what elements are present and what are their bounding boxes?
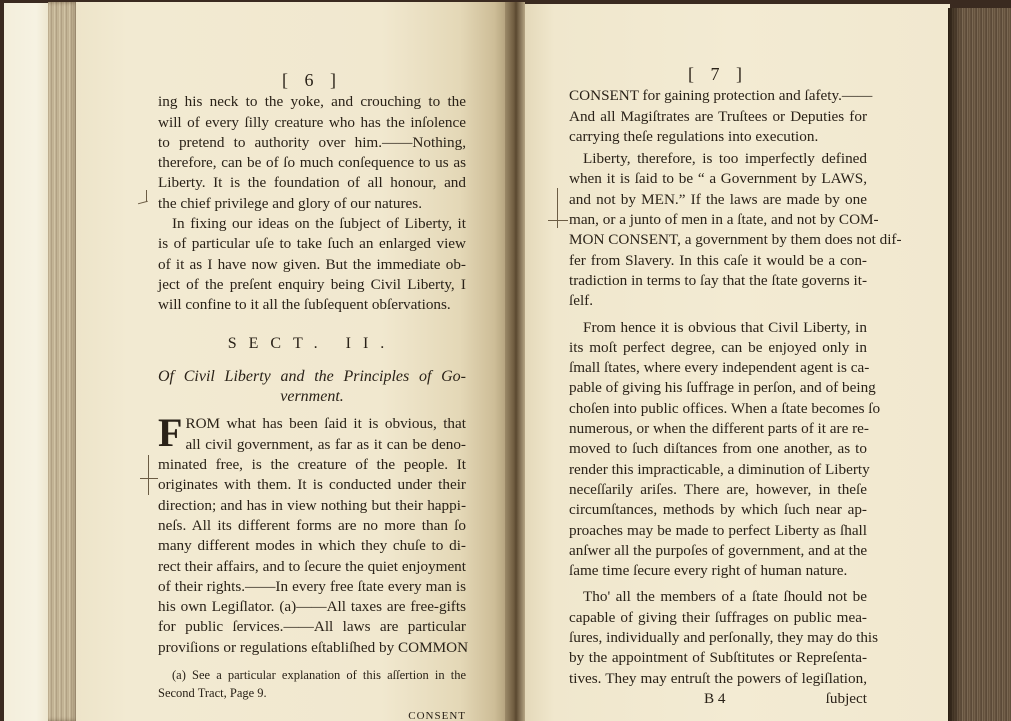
text-line: From hence it is obvious that Civil Libe…: [569, 318, 867, 338]
text-line: of their rights.——In every free ſtate ev…: [158, 577, 466, 597]
text-line: And all Magiſtrates are Truſtees or Depu…: [569, 107, 867, 127]
text-line: many different modes in which they chuſe…: [158, 536, 466, 556]
drop-cap: F: [158, 416, 182, 450]
text-line: Second Tract, Page 9.: [158, 684, 466, 702]
left-page-text: [ 6 ] ing his neck to the yoke, and crou…: [158, 70, 466, 721]
section-title: Of Civil Liberty and the Principles of G…: [158, 366, 466, 407]
text-line: his own Legiſlator. (a)——All taxes are f…: [158, 597, 466, 617]
text-line: Liberty. It is the foundation of all hon…: [158, 173, 466, 193]
paragraph: ing his neck to the yoke, and crouching …: [158, 92, 466, 214]
footnote: (a) See a particular explanation of this…: [158, 666, 466, 702]
right-page-text: [ 7 ] CONSENT for gaining protection and…: [569, 64, 867, 709]
text-line: circumſtances, methods by which ſuch nea…: [569, 500, 867, 520]
text-line: to pretend to authority over him.——Nothi…: [158, 133, 466, 153]
text-line: neceſſarily ariſes. There are, however, …: [569, 480, 867, 500]
text-line: pable of giving his ſuffrage in perſon, …: [569, 378, 867, 398]
text-line: direction; and has in view nothing but t…: [158, 496, 466, 516]
text-line: the chief privilege and glory of our nat…: [158, 194, 466, 214]
paragraph: F ROM what has been ſaid it is obvious, …: [158, 414, 466, 658]
text-line: neſs. All its different forms are no mor…: [158, 516, 466, 536]
text-line: rect their affairs, and to ſecure the qu…: [158, 557, 466, 577]
text-line: therefore, can be of ſo much conſequence…: [158, 153, 466, 173]
pencil-cross-icon: [148, 455, 150, 495]
pencil-cross-icon: [557, 188, 559, 228]
signature-mark: B 4: [704, 689, 726, 709]
left-page-edges: [48, 2, 78, 721]
pencil-cross-icon: [140, 478, 158, 480]
text-line: carrying theſe regulations into executio…: [569, 127, 867, 147]
text-line: ſame time ſecure every right of human na…: [569, 561, 867, 581]
text-line: proviſions or regulations eſtabliſhed by…: [158, 638, 466, 658]
text-line: originates with them. It is conducted un…: [158, 475, 466, 495]
page-number: [ 7 ]: [569, 64, 867, 84]
text-line: numerous, or when the different parts of…: [569, 419, 867, 439]
paragraph: From hence it is obvious that Civil Libe…: [569, 318, 867, 582]
book-gutter: [505, 2, 525, 721]
text-line: and not by MEN.” If the laws are made by…: [569, 190, 867, 210]
text-line: Tho' all the members of a ſtate ſhould n…: [569, 587, 867, 607]
text-line: its moſt perfect degree, can be enjoyed …: [569, 338, 867, 358]
text-line: by the appointment of Subſtitutes or Rep…: [569, 648, 867, 668]
text-line: ject of the preſent enquiry being Civil …: [158, 275, 466, 295]
text-line: anſwer all the purpoſes of government, a…: [569, 541, 867, 561]
catchword: ſubject: [826, 689, 867, 709]
text-line: Liberty, therefore, is too imperfectly d…: [569, 149, 867, 169]
text-line: ing his neck to the yoke, and crouching …: [158, 92, 466, 112]
text-line: Of Civil Liberty and the Principles of G…: [158, 366, 466, 386]
flyleaf: [4, 3, 50, 721]
paragraph: Tho' all the members of a ſtate ſhould n…: [569, 587, 867, 688]
text-line: ſmall ſtates, where every independent ag…: [569, 358, 867, 378]
text-line: moved to ſuch diſtances from one another…: [569, 439, 867, 459]
text-line: In fixing our ideas on the ſubject of Li…: [158, 214, 466, 234]
text-line: ROM what has been ſaid it is obvious, th…: [158, 414, 466, 434]
text-line: when it is ſaid to be “ a Government by …: [569, 169, 867, 189]
text-line: capable of giving their ſuffrages on pub…: [569, 608, 867, 628]
text-line: minated free, is the creature of the peo…: [158, 455, 466, 475]
text-line: is of particular uſe to take ſuch an enl…: [158, 234, 466, 254]
text-line: CONSENT for gaining protection and ſafet…: [569, 86, 867, 106]
text-line: for public ſervices.——All laws are parti…: [158, 617, 466, 637]
pencil-cross-icon: [548, 220, 568, 222]
text-line: ſures, individually and perſonally, they…: [569, 628, 867, 648]
text-line: vernment.: [158, 386, 466, 406]
text-line: man, or a junto of men in a ſtate, and n…: [569, 210, 867, 230]
text-line: tives. They may entruſt the powers of le…: [569, 669, 867, 689]
text-line: (a) See a particular explanation of this…: [158, 666, 466, 684]
paragraph: In fixing our ideas on the ſubject of Li…: [158, 214, 466, 315]
text-line: MON CONSENT, a government by them does n…: [569, 230, 867, 250]
text-line: render this impracticable, a diminution …: [569, 460, 867, 480]
text-line: all civil government, as far as it can b…: [158, 435, 466, 455]
text-line: tradiction in terms to ſay that the ſtat…: [569, 271, 867, 291]
page-number: [ 6 ]: [158, 70, 466, 90]
text-line: choſen into public offices. When a ſtate…: [569, 399, 867, 419]
paragraph: CONSENT for gaining protection and ſafet…: [569, 86, 867, 147]
paragraph: Liberty, therefore, is too imperfectly d…: [569, 149, 867, 311]
text-line: of it as I have now given. But the immed…: [158, 255, 466, 275]
right-page-edges: [948, 8, 1011, 721]
text-line: will confine to it all the ſubſequent ob…: [158, 295, 466, 315]
signature-row: B 4 ſubject: [569, 689, 867, 709]
text-line: fer from Slavery. In this caſe it would …: [569, 251, 867, 271]
text-line: will of every ſilly creature who has the…: [158, 113, 466, 133]
text-line: ſelf.: [569, 291, 867, 311]
text-line: proaches may be made to perfect Liberty …: [569, 521, 867, 541]
catchword: CONSENT: [158, 706, 466, 721]
section-heading: SECT. II.: [158, 334, 466, 354]
